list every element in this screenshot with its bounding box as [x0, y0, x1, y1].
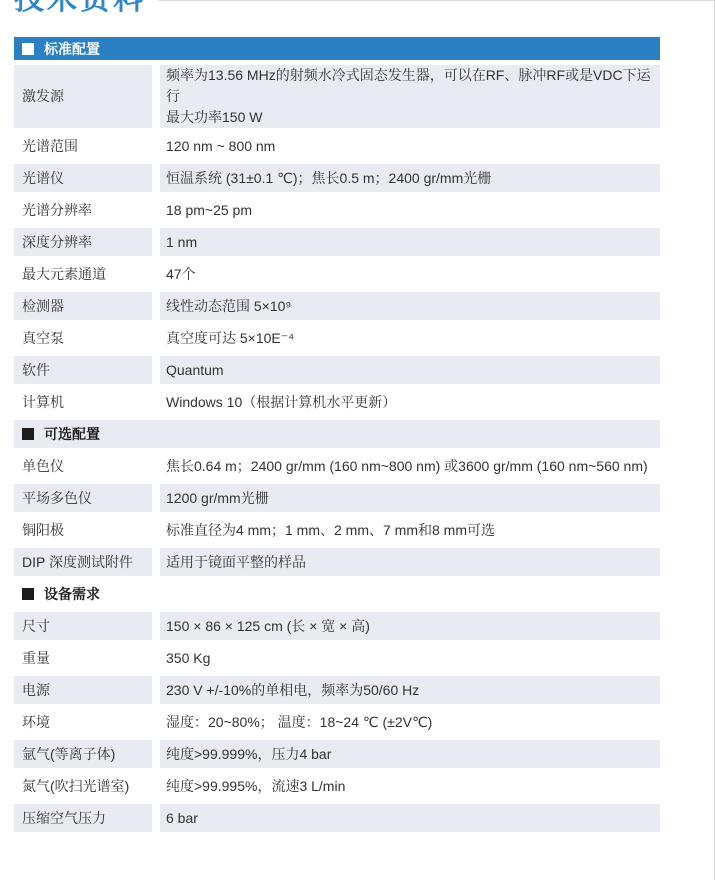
column-gap: [152, 132, 160, 160]
spec-value: 230 V +/-10%的单相电，频率为50/60 Hz: [160, 676, 660, 704]
column-gap: [152, 740, 160, 768]
spec-row: 尺寸 150 × 86 × 125 cm (长 × 宽 × 高): [14, 610, 660, 642]
spec-label: 氩气(等离子体): [14, 740, 152, 768]
column-gap: [152, 228, 160, 256]
column-gap: [152, 196, 160, 224]
spec-label: 压缩空气压力: [14, 804, 152, 832]
column-gap: [152, 292, 160, 320]
spec-label: 氮气(吹扫光谱室): [14, 772, 152, 800]
spec-label: 最大元素通道: [14, 260, 152, 288]
spec-row: 氩气(等离子体) 纯度>99.999%，压力4 bar: [14, 738, 660, 770]
page-title: 技术资料: [14, 0, 146, 15]
spec-value: 18 pm~25 pm: [160, 196, 660, 224]
spec-row: 压缩空气压力 6 bar: [14, 802, 660, 834]
spec-row: 光谱分辨率 18 pm~25 pm: [14, 194, 660, 226]
spec-value: Windows 10（根据计算机水平更新）: [160, 388, 660, 416]
spec-label: 激发源: [14, 65, 152, 128]
spec-label: 重量: [14, 644, 152, 672]
spec-row: 电源 230 V +/-10%的单相电，频率为50/60 Hz: [14, 674, 660, 706]
spec-label: 电源: [14, 676, 152, 704]
spec-value: 6 bar: [160, 804, 660, 832]
spec-value: Quantum: [160, 356, 660, 384]
column-gap: [152, 260, 160, 288]
spec-value: 标准直径为4 mm；1 mm、2 mm、7 mm和8 mm可选: [160, 516, 660, 544]
spec-value: 线性动态范围 5×10⁹: [160, 292, 660, 320]
spec-label: 平场多色仪: [14, 484, 152, 512]
column-gap: [152, 484, 160, 512]
section-header: 可选配置: [14, 420, 660, 448]
spec-value: 频率为13.56 MHz的射频水冷式固态发生器，可以在RF、脉冲RF或是VDC下…: [160, 65, 660, 128]
spec-row: 单色仪 焦长0.64 m；2400 gr/mm (160 nm~800 nm) …: [14, 450, 660, 482]
column-gap: [152, 516, 160, 544]
spec-row: 光谱范围 120 nm ~ 800 nm: [14, 130, 660, 162]
spec-row: 氮气(吹扫光谱室) 纯度>99.995%，流速3 L/min: [14, 770, 660, 802]
section-header: 设备需求: [14, 580, 660, 608]
spec-row: 重量 350 Kg: [14, 642, 660, 674]
column-gap: [152, 772, 160, 800]
spec-label: DIP 深度测试附件: [14, 548, 152, 576]
spec-value: 1200 gr/mm光栅: [160, 484, 660, 512]
spec-row: 激发源 频率为13.56 MHz的射频水冷式固态发生器，可以在RF、脉冲RF或是…: [14, 63, 660, 130]
column-gap: [152, 676, 160, 704]
spec-value: 350 Kg: [160, 644, 660, 672]
section-heading: 设备需求: [44, 584, 100, 604]
spec-row: 铜阳极 标准直径为4 mm；1 mm、2 mm、7 mm和8 mm可选: [14, 514, 660, 546]
spec-value: 150 × 86 × 125 cm (长 × 宽 × 高): [160, 612, 660, 640]
column-gap: [152, 356, 160, 384]
column-gap: [152, 65, 160, 128]
column-gap: [152, 164, 160, 192]
column-gap: [152, 708, 160, 736]
spec-value: 恒温系统 (31±0.1 ℃)；焦长0.5 m；2400 gr/mm光栅: [160, 164, 660, 192]
column-gap: [152, 388, 160, 416]
spec-row: 软件 Quantum: [14, 354, 660, 386]
column-gap: [152, 452, 160, 480]
spec-label: 检测器: [14, 292, 152, 320]
spec-label: 环境: [14, 708, 152, 736]
spec-value: 焦长0.64 m；2400 gr/mm (160 nm~800 nm) 或360…: [160, 452, 660, 480]
spec-value: 真空度可达 5×10E⁻⁴: [160, 324, 660, 352]
spec-value: 纯度>99.995%，流速3 L/min: [160, 772, 660, 800]
column-gap: [152, 612, 160, 640]
spec-row: DIP 深度测试附件 适用于镜面平整的样品: [14, 546, 660, 578]
spec-label: 光谱仪: [14, 164, 152, 192]
spec-value: 纯度>99.999%，压力4 bar: [160, 740, 660, 768]
spec-value: 120 nm ~ 800 nm: [160, 132, 660, 160]
spec-row: 光谱仪 恒温系统 (31±0.1 ℃)；焦长0.5 m；2400 gr/mm光栅: [14, 162, 660, 194]
spec-value: 适用于镜面平整的样品: [160, 548, 660, 576]
spec-value: 湿度：20~80%； 温度：18~24 ℃ (±2V℃): [160, 708, 660, 736]
spec-row: 计算机 Windows 10（根据计算机水平更新）: [14, 386, 660, 418]
column-gap: [152, 644, 160, 672]
spec-row: 真空泵 真空度可达 5×10E⁻⁴: [14, 322, 660, 354]
spec-value: 47个: [160, 260, 660, 288]
spec-row: 最大元素通道 47个: [14, 258, 660, 290]
square-bullet-icon: [22, 43, 34, 55]
square-bullet-icon: [22, 588, 34, 600]
spec-row: 深度分辨率 1 nm: [14, 226, 660, 258]
spec-label: 真空泵: [14, 324, 152, 352]
section-heading: 可选配置: [44, 424, 100, 444]
spec-label: 计算机: [14, 388, 152, 416]
column-gap: [152, 324, 160, 352]
spec-label: 铜阳极: [14, 516, 152, 544]
spec-label: 尺寸: [14, 612, 152, 640]
column-gap: [152, 804, 160, 832]
section-header-primary: 标准配置: [14, 37, 660, 60]
page-top-border: [158, 0, 715, 1]
spec-row: 平场多色仪 1200 gr/mm光栅: [14, 482, 660, 514]
spec-row: 检测器 线性动态范围 5×10⁹: [14, 290, 660, 322]
spec-label: 光谱分辨率: [14, 196, 152, 224]
spec-value: 1 nm: [160, 228, 660, 256]
spec-label: 深度分辨率: [14, 228, 152, 256]
spec-label: 光谱范围: [14, 132, 152, 160]
square-bullet-icon: [22, 428, 34, 440]
spec-row: 环境 湿度：20~80%； 温度：18~24 ℃ (±2V℃): [14, 706, 660, 738]
spec-label: 单色仪: [14, 452, 152, 480]
column-gap: [152, 548, 160, 576]
spec-label: 软件: [14, 356, 152, 384]
section-heading: 标准配置: [44, 39, 100, 59]
spec-table: 标准配置 激发源 频率为13.56 MHz的射频水冷式固态发生器，可以在RF、脉…: [14, 37, 660, 834]
